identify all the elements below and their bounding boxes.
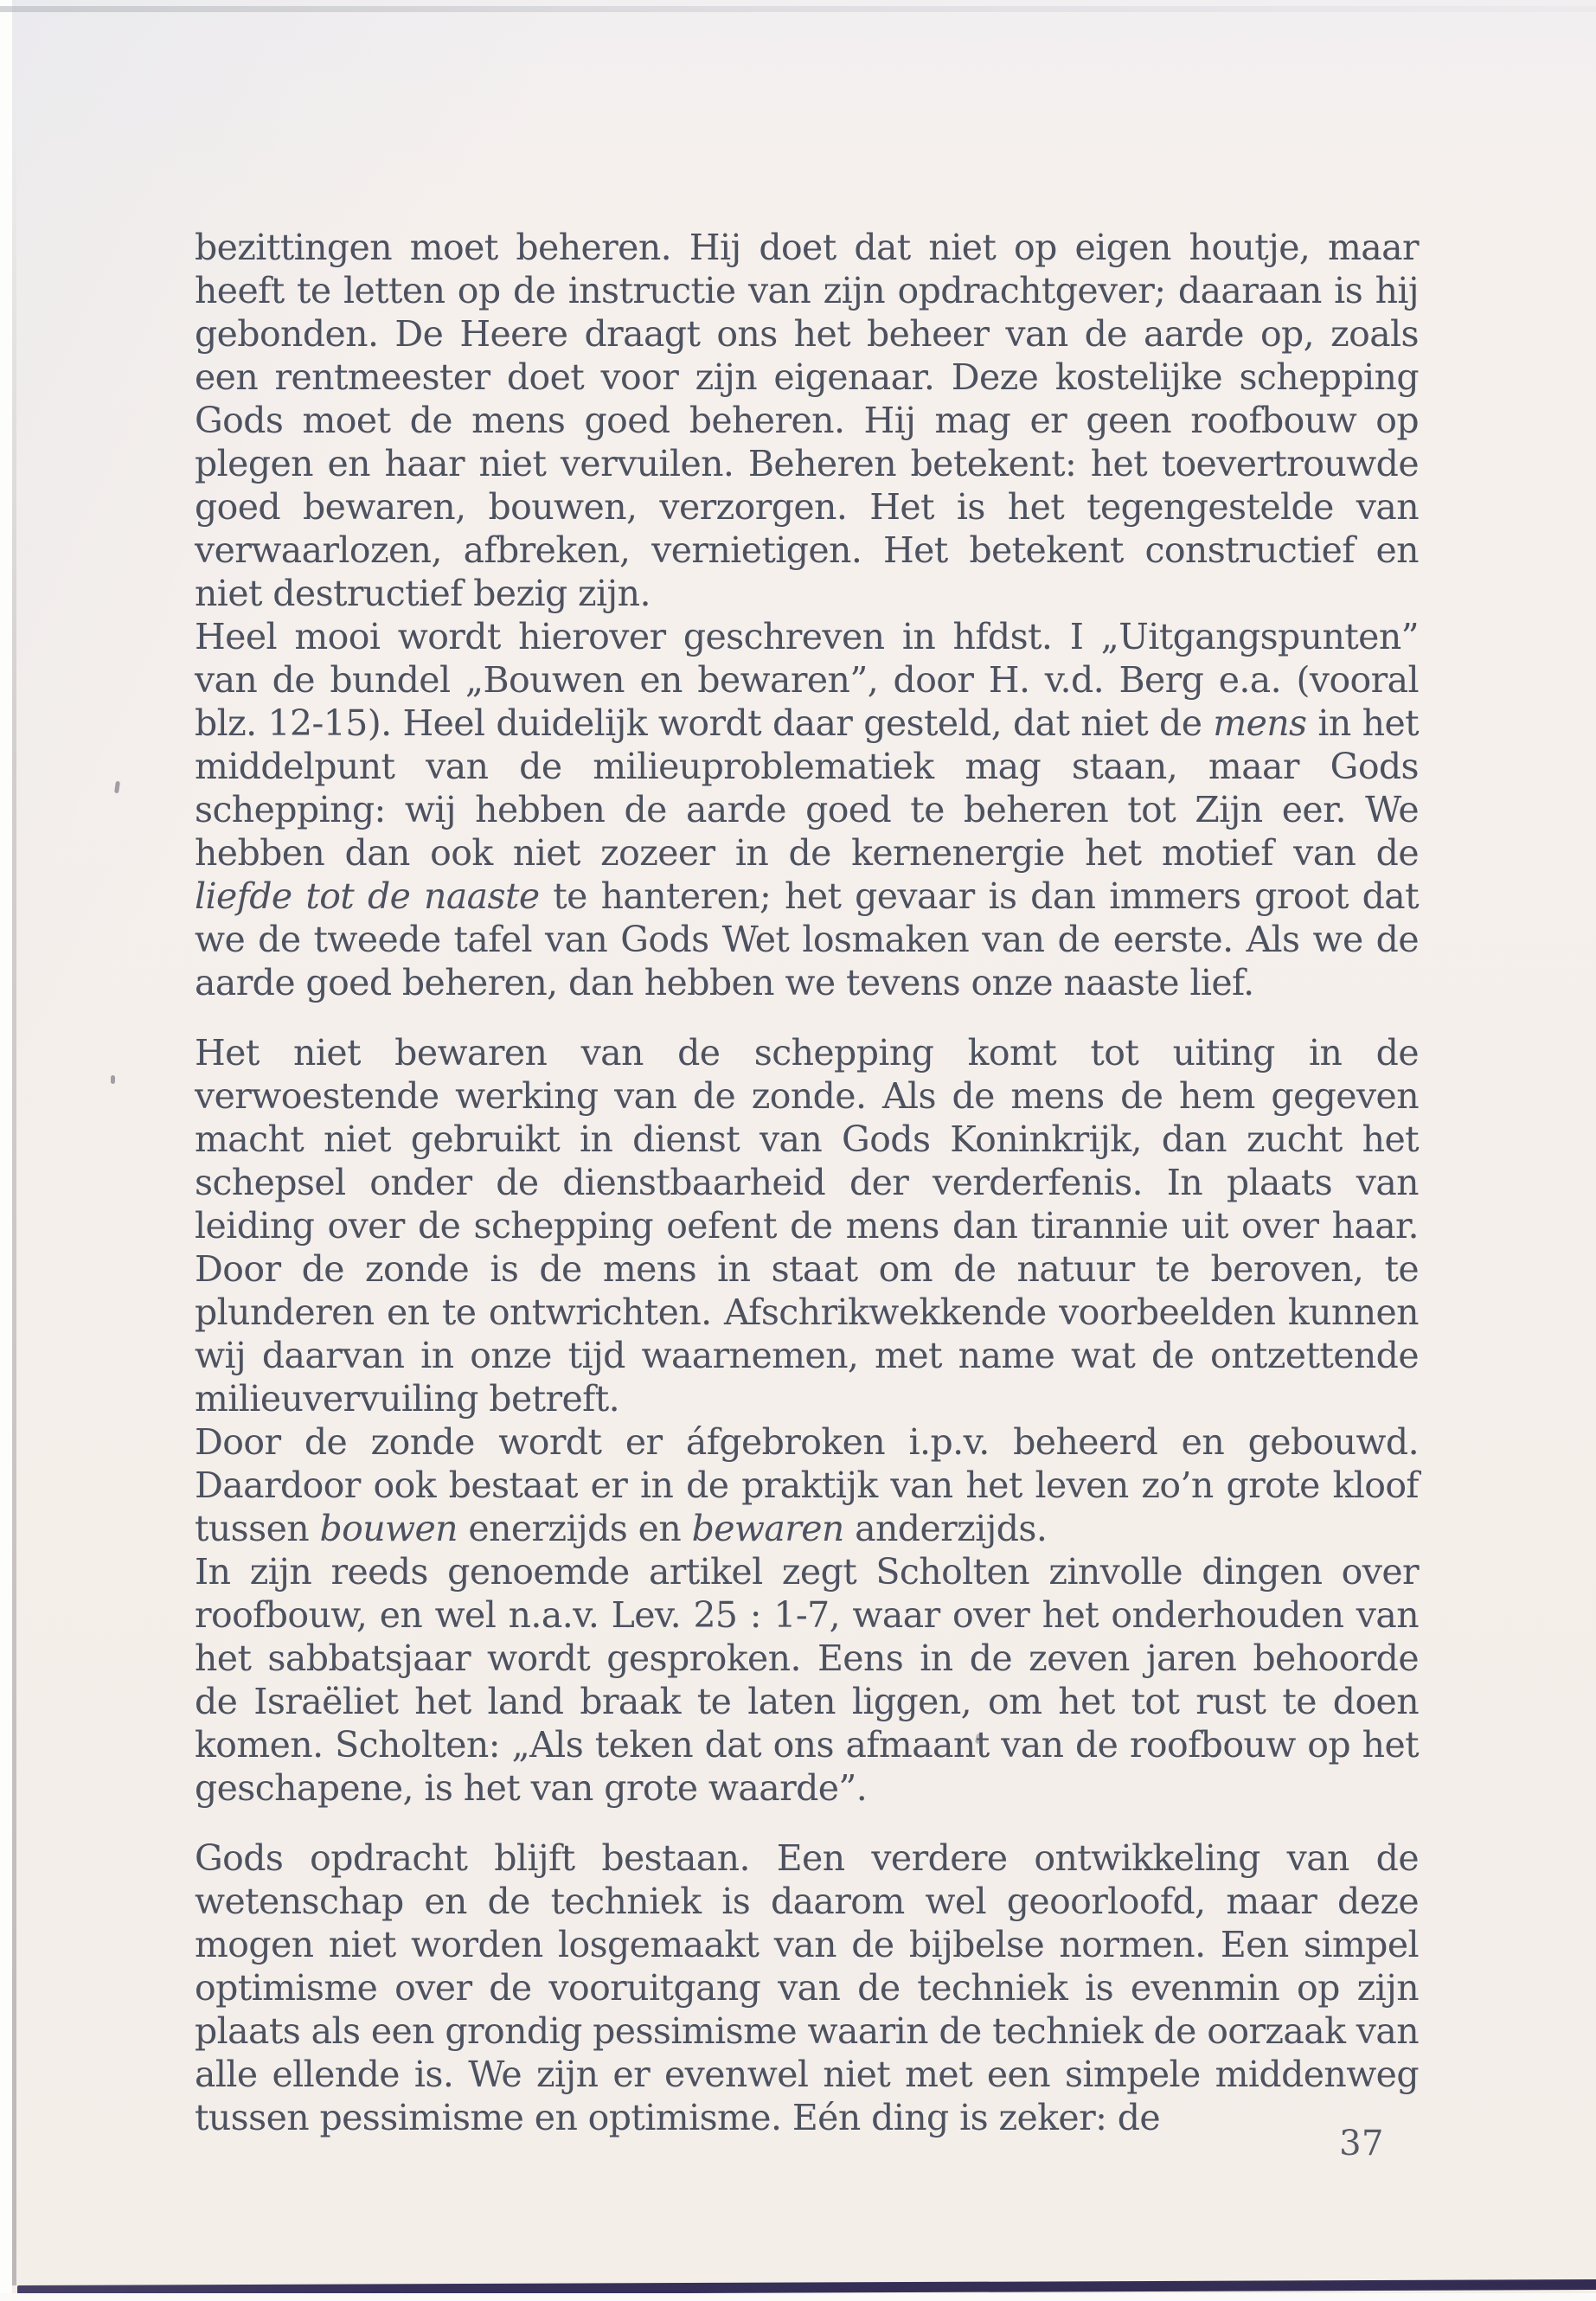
scan-speck <box>114 781 120 794</box>
emphasized-text: bouwen <box>319 1508 458 1549</box>
body-text: Het niet bewaren van de schepping komt t… <box>195 1032 1419 1420</box>
body-text: bezittingen moet beheren. Hij doet dat n… <box>195 227 1419 614</box>
book-page-scan: bezittingen moet beheren. Hij doet dat n… <box>0 0 1596 2301</box>
body-text: In zijn reeds genoemde artikel zegt Scho… <box>195 1551 1419 1809</box>
photo-bottom-border <box>0 2293 1596 2301</box>
emphasized-text: liefde tot de naaste <box>195 875 540 917</box>
page-number: 37 <box>195 2124 1419 2163</box>
body-text: anderzijds. <box>844 1508 1048 1549</box>
paragraph: Door de zonde wordt er áfgebroken i.p.v.… <box>195 1420 1419 1550</box>
paragraph: Het niet bewaren van de schepping komt t… <box>195 1031 1419 1420</box>
paragraph: bezittingen moet beheren. Hij doet dat n… <box>195 226 1419 615</box>
text-block: bezittingen moet beheren. Hij doet dat n… <box>195 226 1419 2139</box>
body-text: enerzijds en <box>458 1508 692 1549</box>
paragraph: Heel mooi wordt hierover geschreven in h… <box>195 615 1419 1004</box>
emphasized-text: mens <box>1213 702 1306 744</box>
scan-speck <box>111 1075 115 1084</box>
paragraph: Gods opdracht blijft bestaan. Een verder… <box>195 1836 1419 2139</box>
body-text: Gods opdracht blijft bestaan. Een verder… <box>195 1837 1419 2138</box>
scan-top-streak <box>0 6 1596 12</box>
page-left-edge-shadow <box>12 121 16 2285</box>
paragraph: In zijn reeds genoemde artikel zegt Scho… <box>195 1550 1419 1810</box>
emphasized-text: bewaren <box>692 1508 844 1549</box>
photo-left-border <box>0 0 12 2301</box>
